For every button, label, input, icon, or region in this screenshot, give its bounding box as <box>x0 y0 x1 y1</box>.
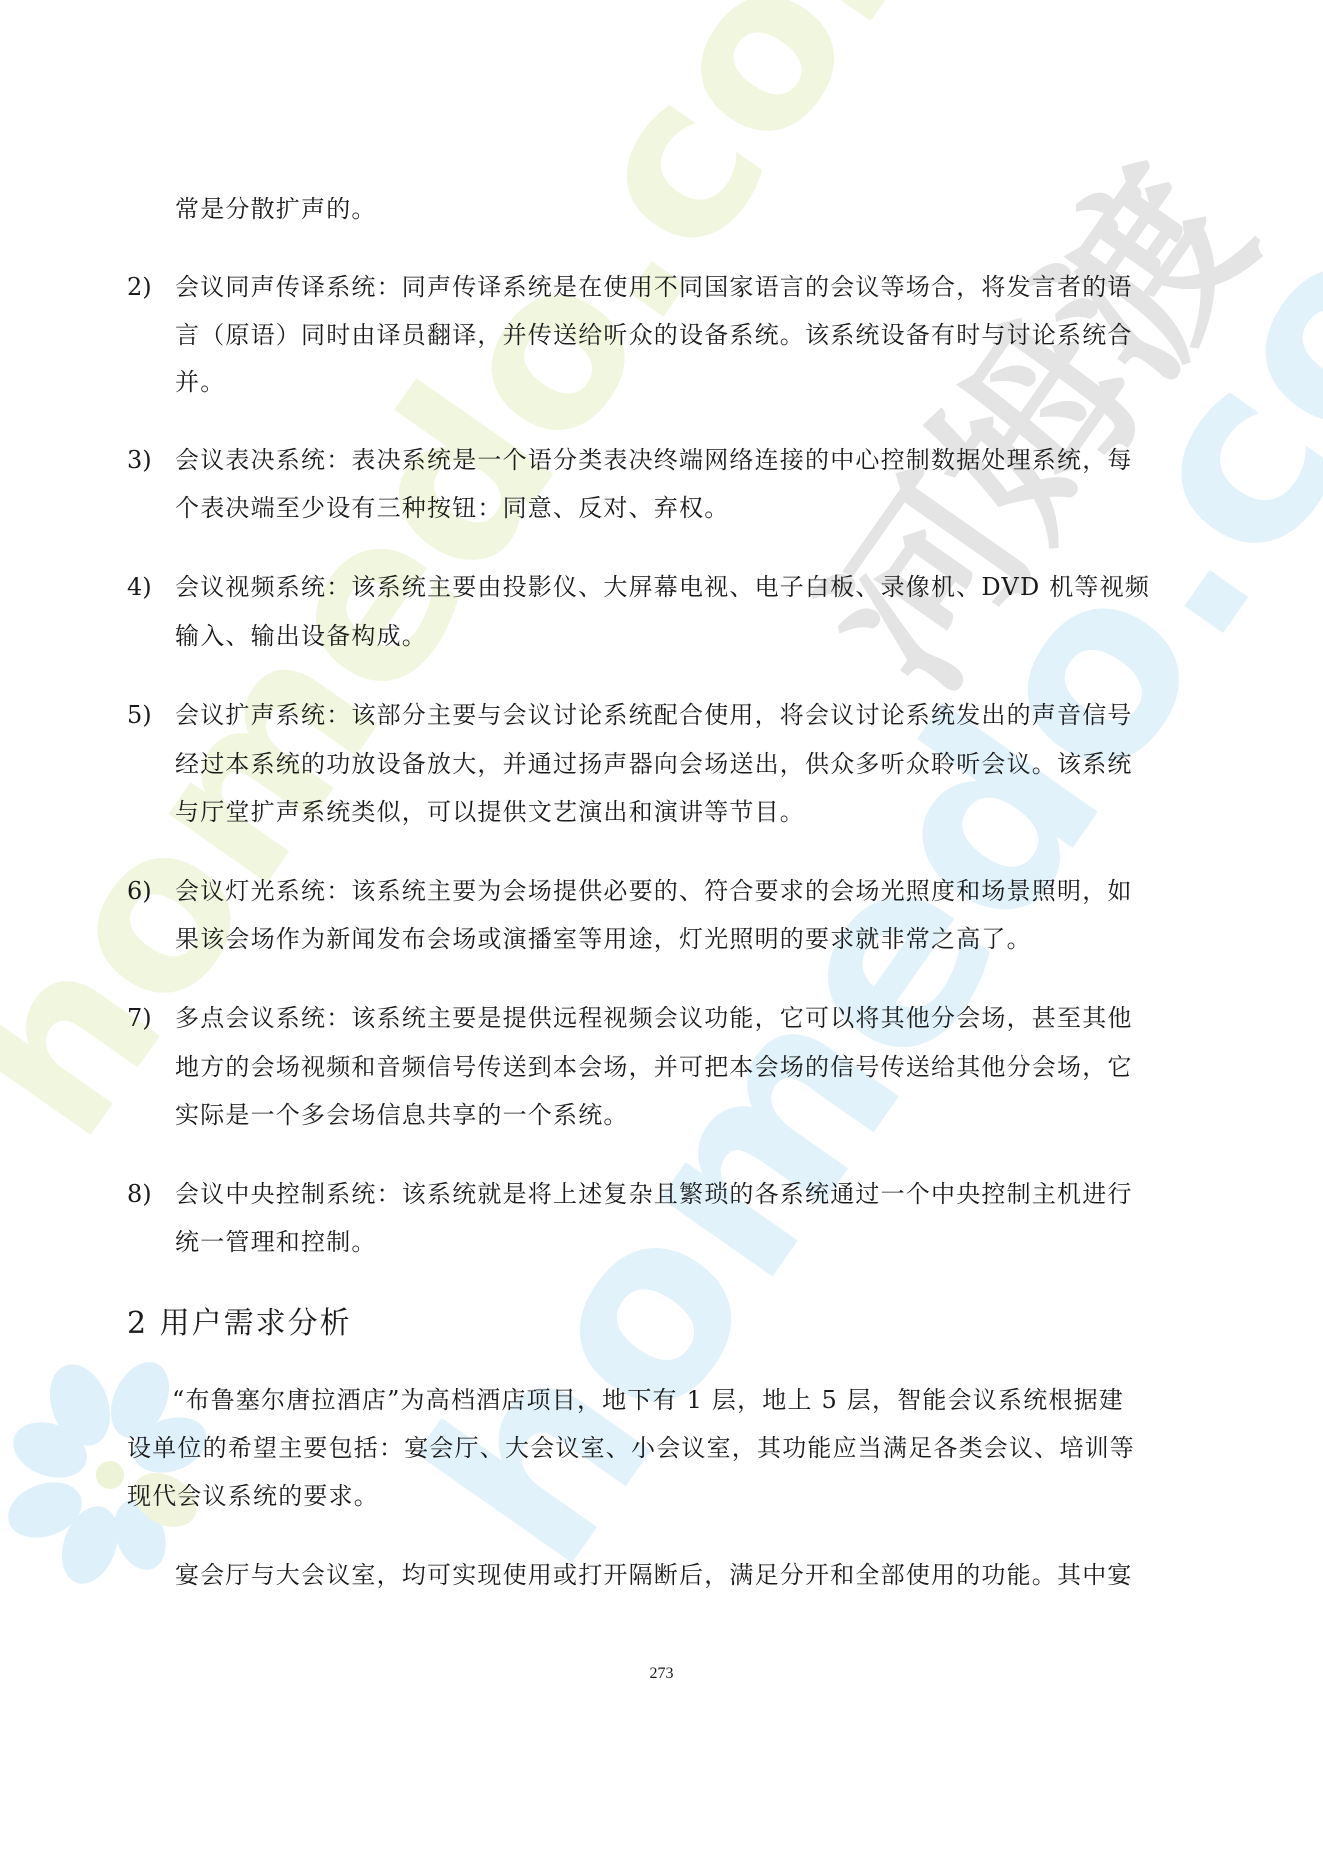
list-item-number: 3) <box>127 444 152 476</box>
continuation-text: 常是分散扩声的。 <box>175 193 377 225</box>
list-item-text: 言（原语）同时由译员翻译，并传送给听众的设备系统。该系统设备有时与讨论系统合 <box>175 319 1133 351</box>
list-item-number: 5) <box>127 699 152 731</box>
list-item-number: 6) <box>127 875 152 907</box>
list-item-number: 7) <box>127 1002 152 1034</box>
list-item-text: 与厅堂扩声系统类似，可以提供文艺演出和演讲等节目。 <box>175 796 805 828</box>
list-item-text: 经过本系统的功放设备放大，并通过扬声器向会场送出，供众多听众聆听会议。该系统 <box>175 748 1133 780</box>
list-item-text: 会议中央控制系统：该系统就是将上述复杂且繁琐的各系统通过一个中央控制主机进行 <box>175 1178 1133 1210</box>
paragraph-line: “布鲁塞尔唐拉酒店”为高档酒店项目，地下有 1 层，地上 5 层，智能会议系统根… <box>172 1384 1124 1416</box>
list-item-text: 并。 <box>175 366 225 398</box>
list-item-text: 会议同声传译系统：同声传译系统是在使用不同国家语言的会议等场合，将发言者的语 <box>175 271 1133 303</box>
list-item-text: 实际是一个多会场信息共享的一个系统。 <box>175 1099 629 1131</box>
list-item-text: 果该会场作为新闻发布会场或演播室等用途，灯光照明的要求就非常之高了。 <box>175 923 1032 955</box>
list-item-number: 2) <box>127 271 152 303</box>
list-item-text: 会议视频系统：该系统主要由投影仪、大屏幕电视、电子白板、录像机、DVD 机等视频 <box>175 571 1150 603</box>
paragraph-line: 宴会厅与大会议室，均可实现使用或打开隔断后，满足分开和全部使用的功能。其中宴 <box>175 1559 1133 1591</box>
list-item-text: 会议表决系统：表决系统是一个语分类表决终端网络连接的中心控制数据处理系统，每 <box>175 444 1133 476</box>
section-heading: 2 用户需求分析 <box>127 1305 352 1343</box>
list-item-text: 会议扩声系统：该部分主要与会议讨论系统配合使用，将会议讨论系统发出的声音信号 <box>175 699 1133 731</box>
list-item-text: 多点会议系统：该系统主要是提供远程视频会议功能，它可以将其他分会场，甚至其他 <box>175 1002 1133 1034</box>
paragraph-line: 现代会议系统的要求。 <box>127 1480 379 1512</box>
list-item-text: 输入、输出设备构成。 <box>175 620 427 652</box>
list-item-text: 会议灯光系统：该系统主要为会场提供必要的、符合要求的会场光照度和场景照明，如 <box>175 875 1133 907</box>
document-page: 常是分散扩声的。 2) 会议同声传译系统：同声传译系统是在使用不同国家语言的会议… <box>0 0 1323 1871</box>
list-item-number: 4) <box>127 571 152 603</box>
list-item-text: 个表决端至少设有三种按钮：同意、反对、弃权。 <box>175 492 729 524</box>
list-item-number: 8) <box>127 1178 152 1210</box>
list-item-text: 地方的会场视频和音频信号传送到本会场，并可把本会场的信号传送给其他分会场，它 <box>175 1051 1133 1083</box>
list-item-text: 统一管理和控制。 <box>175 1226 377 1258</box>
page-number: 273 <box>0 1665 1323 1683</box>
paragraph-line: 设单位的希望主要包括：宴会厅、大会议室、小会议室，其功能应当满足各类会议、培训等 <box>127 1432 1135 1464</box>
